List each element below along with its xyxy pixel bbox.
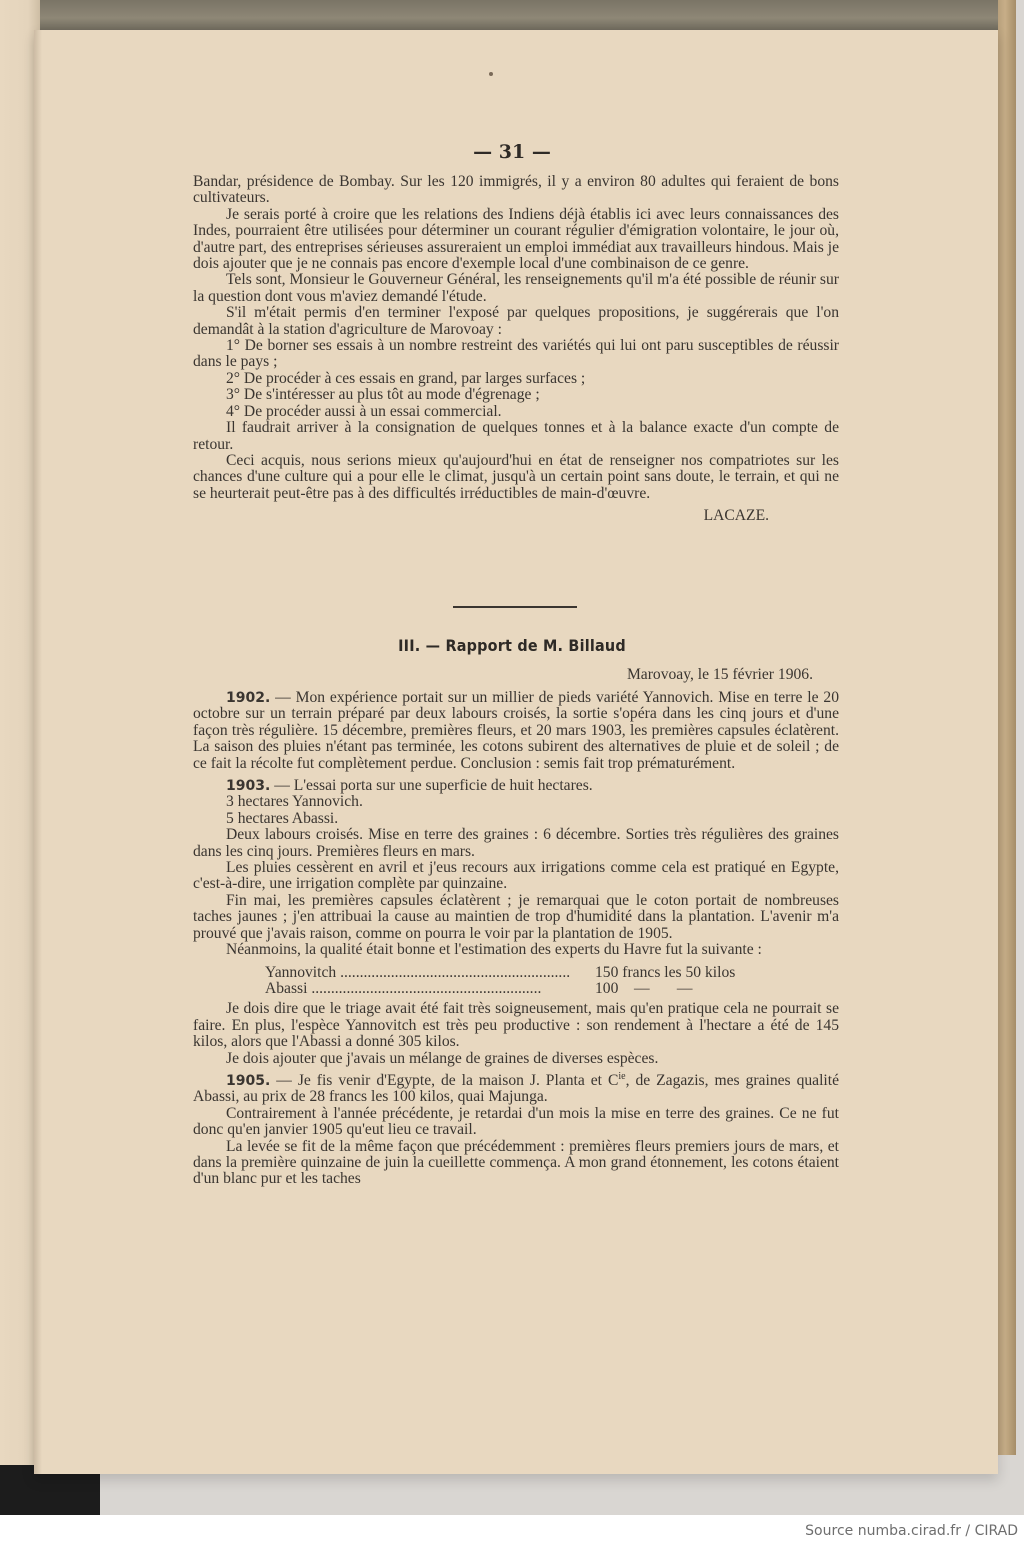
price-row: Abassi 100 — — <box>265 981 839 997</box>
paragraph: Il faudrait arriver à la consignation de… <box>193 420 839 453</box>
proposition-item: 4° De procéder aussi à un essai commerci… <box>193 404 839 420</box>
paragraph: Néanmoins, la qualité était bonne et l'e… <box>193 942 839 958</box>
paragraph-text: — Mon expérience portait sur un millier … <box>193 689 839 772</box>
book-fore-edge <box>998 0 1016 1455</box>
superscript: ie <box>618 1071 625 1082</box>
section-heading: III. — Rapport de M. Billaud <box>0 636 1024 655</box>
list-line: 5 hectares Abassi. <box>193 811 839 827</box>
paragraph: Deux labours croisés. Mise en terre des … <box>193 827 839 860</box>
variety-price: 150 francs les 50 kilos <box>595 965 735 981</box>
list-line: 3 hectares Yannovich. <box>193 794 839 810</box>
paragraph: S'il m'était permis d'en terminer l'expo… <box>193 305 839 338</box>
paragraph: Je dois dire que le triage avait été fai… <box>193 1001 839 1050</box>
paragraph: Je serais porté à croire que les relatio… <box>193 207 839 273</box>
paragraph: Les pluies cessèrent en avril et j'eus r… <box>193 860 839 893</box>
price-row: Yannovitch 150 francs les 50 kilos <box>265 965 839 981</box>
paragraph-1903: 1903. — L'essai porta sur une superficie… <box>193 778 839 794</box>
proposition-item: 1° De borner ses essais à un nombre rest… <box>193 338 839 371</box>
book-top-edge <box>0 0 1000 30</box>
paragraph: Tels sont, Monsieur le Gouverneur Généra… <box>193 272 839 305</box>
section-divider <box>453 606 577 608</box>
year-label: 1902. <box>226 690 270 706</box>
variety-name: Yannovitch <box>265 965 595 981</box>
paragraph: Ceci acquis, nous serions mieux qu'aujou… <box>193 453 839 502</box>
paragraph: Fin mai, les premières capsules éclatère… <box>193 893 839 942</box>
signature: LACAZE. <box>193 508 839 524</box>
proposition-item: 2° De procéder à ces essais en grand, pa… <box>193 371 839 387</box>
year-label: 1905. <box>226 1073 270 1089</box>
page-number: — 31 — <box>0 141 1024 163</box>
year-label: 1903. <box>226 778 270 794</box>
paragraph-1905: 1905. — Je fis venir d'Egypte, de la mai… <box>193 1073 839 1106</box>
proposition-item: 3° De s'intéresser au plus tôt au mode d… <box>193 387 839 403</box>
variety-name: Abassi <box>265 981 595 997</box>
body-report: 1902. — Mon expérience portait sur un mi… <box>193 690 839 1188</box>
variety-price: 100 — — <box>595 981 692 997</box>
paragraph: Contrairement à l'année précédente, je r… <box>193 1106 839 1139</box>
paragraph: Bandar, présidence de Bombay. Sur les 12… <box>193 174 839 207</box>
ink-speck <box>489 72 493 76</box>
paragraph-text: — Je fis venir d'Egypte, de la maison J.… <box>270 1072 618 1089</box>
paragraph-text: — L'essai porta sur une superficie de hu… <box>270 777 592 794</box>
body-top: Bandar, présidence de Bombay. Sur les 12… <box>193 174 839 525</box>
price-table: Yannovitch 150 francs les 50 kilos Abass… <box>265 965 839 998</box>
paragraph-1902: 1902. — Mon expérience portait sur un mi… <box>193 690 839 772</box>
paragraph: La levée se fit de la même façon que pré… <box>193 1139 839 1188</box>
dateline: Marovoay, le 15 février 1906. <box>193 666 813 684</box>
source-credit: Source numba.cirad.fr / CIRAD <box>805 1523 1018 1539</box>
paragraph: Je dois ajouter que j'avais un mélange d… <box>193 1051 839 1067</box>
